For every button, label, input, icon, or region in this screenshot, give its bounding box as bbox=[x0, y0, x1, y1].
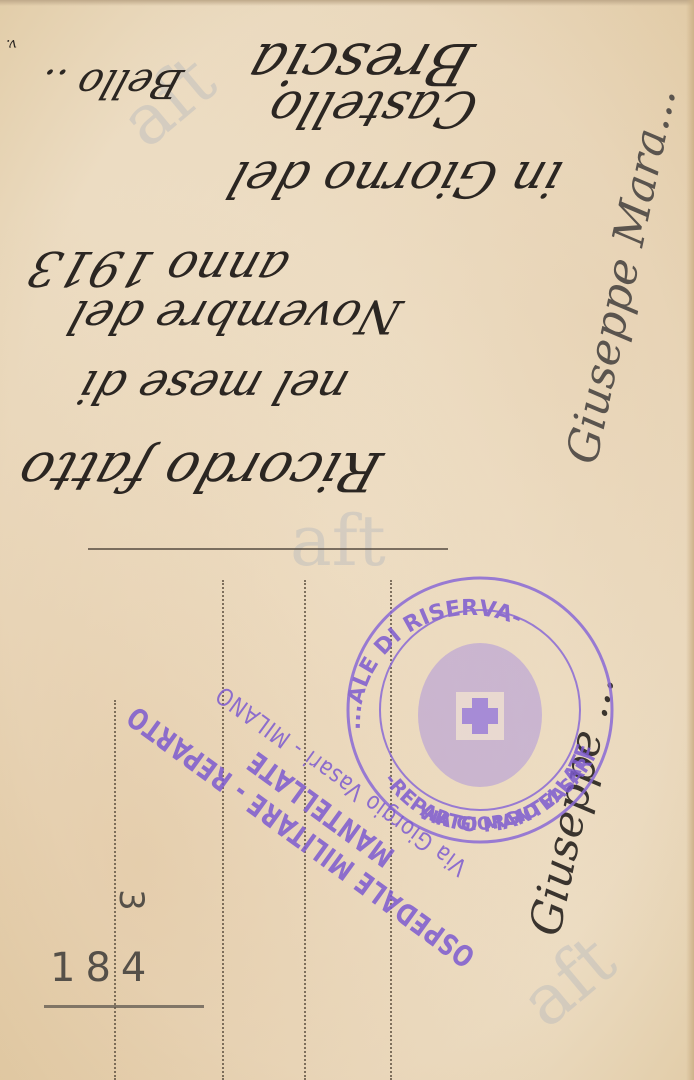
divider-line bbox=[88, 548, 448, 550]
pencil-underline bbox=[44, 1005, 204, 1008]
pencil-inventory-number: 184 bbox=[50, 945, 156, 991]
message-line: Bello .. bbox=[33, 60, 189, 106]
paper-edge-top bbox=[0, 0, 694, 6]
message-line: in Giorno del bbox=[221, 150, 570, 208]
paper-edge-right bbox=[686, 0, 694, 1080]
postcard-back: aft aft aft Brescia Castello Bello .. in… bbox=[0, 0, 694, 1080]
pencil-small-number: 3 bbox=[111, 889, 151, 911]
message-line: Ricordo fatto bbox=[10, 440, 389, 503]
marginal-note: v. bbox=[6, 36, 17, 52]
message-line: Novembre del bbox=[61, 290, 408, 344]
message-line: Castello bbox=[261, 80, 485, 138]
signature-top: Giuseppe Mara... bbox=[557, 83, 687, 468]
message-line: anno 1913 bbox=[21, 240, 296, 296]
guide-line bbox=[222, 580, 224, 1080]
message-line: nel mese di bbox=[71, 360, 355, 414]
